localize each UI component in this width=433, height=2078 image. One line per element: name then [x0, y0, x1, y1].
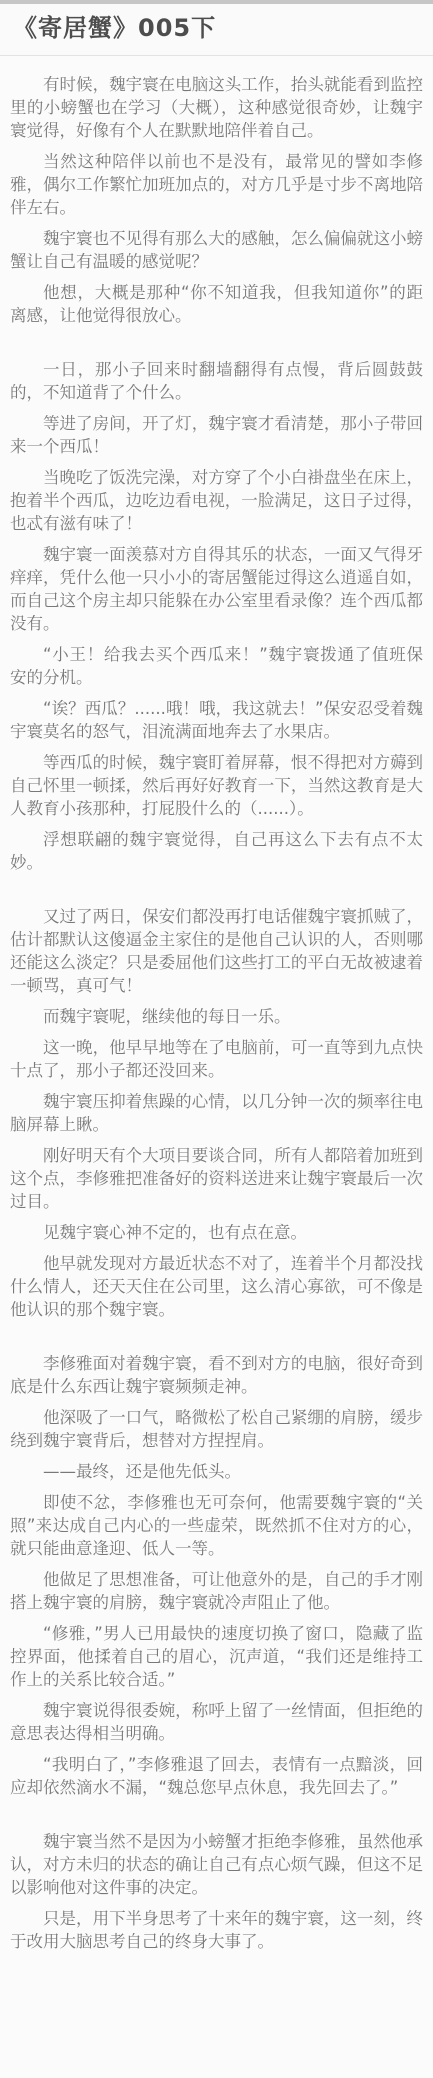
story-paragraph: 而魏宇寰呢，继续他的每日一乐。 — [10, 1005, 423, 1028]
story-paragraph: 刚好明天有个大项目要谈合同，所有人都陪着加班到这个点，李修雅把准备好的资料送进来… — [10, 1144, 423, 1213]
story-paragraph: 魏宇寰说得很委婉，称呼上留了一丝情面，但拒绝的意思表达得相当明确。 — [10, 1699, 423, 1745]
story-paragraph: 魏宇寰当然不是因为小螃蟹才拒绝李修雅，虽然他承认，对方未归的状态的确让自己有点心… — [10, 1830, 423, 1899]
story-paragraph: 见魏宇寰心神不定的，也有点在意。 — [10, 1221, 423, 1244]
story-section: 一日，那小子回来时翻墙翻得有点慢，背后圆鼓鼓的，不知道背了个什么。等进了房间，开… — [10, 358, 423, 874]
story-paragraph: 他做足了思想准备，可让他意外的是，自己的手才刚搭上魏宇寰的肩膀，魏宇寰就冷声阻止… — [10, 1568, 423, 1614]
story-section: 魏宇寰当然不是因为小螃蟹才拒绝李修雅，虽然他承认，对方未归的状态的确让自己有点心… — [10, 1830, 423, 1953]
story-paragraph: 有时候，魏宇寰在电脑这头工作，抬头就能看到监控里的小螃蟹也在学习（大概），这种感… — [10, 73, 423, 142]
story-paragraph: 即使不忿，李修雅也无可奈何，他需要魏宇寰的“关照”来达成自己内心的一些虚荣，既然… — [10, 1491, 423, 1560]
story-paragraph: 他想，大概是那种“你不知道我，但我知道你”的距离感，让他觉得很放心。 — [10, 281, 423, 327]
story-paragraph: ——最终，还是他先低头。 — [10, 1460, 423, 1483]
header: 《寄居蟹》005下 — [0, 4, 433, 56]
chapter-title: 《寄居蟹》005下 — [13, 14, 420, 43]
story-paragraph: 等西瓜的时候，魏宇寰盯着屏幕，恨不得把对方薅到自己怀里一顿揉，然后再好好教育一下… — [10, 751, 423, 820]
story-paragraph: 当然这种陪伴以前也不是没有，最常见的譬如李修雅，偶尔工作繁忙加班加点的，对方几乎… — [10, 150, 423, 219]
story-section: 李修雅面对着魏宇寰，看不到对方的电脑，很好奇到底是什么东西让魏宇寰频频走神。他深… — [10, 1352, 423, 1799]
story-paragraph: 李修雅面对着魏宇寰，看不到对方的电脑，很好奇到底是什么东西让魏宇寰频频走神。 — [10, 1352, 423, 1398]
story-paragraph: 浮想联翩的魏宇寰觉得，自己再这么下去有点不太妙。 — [10, 828, 423, 874]
story-paragraph: 等进了房间，开了灯，魏宇寰才看清楚，那小子带回来一个西瓜！ — [10, 412, 423, 458]
story-paragraph: 当晚吃了饭洗完澡，对方穿了个小白褂盘坐在床上，抱着半个西瓜，边吃边看电视，一脸满… — [10, 466, 423, 535]
story-paragraph: 只是，用下半身思考了十来年的魏宇寰，这一刻，终于改用大脑思考自己的终身大事了。 — [10, 1907, 423, 1953]
story-paragraph: 他早就发现对方最近状态不对了，连着半个月都没找什么情人，还天天住在公司里，这么清… — [10, 1252, 423, 1321]
story-paragraph: 魏宇寰压抑着焦躁的心情，以几分钟一次的频率往电脑屏幕上瞅。 — [10, 1090, 423, 1136]
story-paragraph: “修雅，”男人已用最快的速度切换了窗口，隐藏了监控界面，他揉着自己的眉心，沉声道… — [10, 1622, 423, 1691]
story-paragraph: “我明白了，”李修雅退了回去，表情有一点黯淡，回应却依然滴水不漏，“魏总您早点休… — [10, 1753, 423, 1799]
story-section: 有时候，魏宇寰在电脑这头工作，抬头就能看到监控里的小螃蟹也在学习（大概），这种感… — [10, 73, 423, 327]
story-section: 又过了两日，保安们都没再打电话催魏宇寰抓贼了，估计都默认这傻逼金主家住的是他自己… — [10, 905, 423, 1321]
story-paragraph: 这一晚，他早早地等在了电脑前，可一直等到九点快十点了，那小子都还没回来。 — [10, 1036, 423, 1082]
article-body: 有时候，魏宇寰在电脑这头工作，抬头就能看到监控里的小螃蟹也在学习（大概），这种感… — [0, 56, 433, 2011]
story-paragraph: 魏宇寰也不见得有那么大的感触，怎么偏偏就这小螃蟹让自己有温暖的感觉呢？ — [10, 227, 423, 273]
story-paragraph: 又过了两日，保安们都没再打电话催魏宇寰抓贼了，估计都默认这傻逼金主家住的是他自己… — [10, 905, 423, 997]
story-paragraph: 他深吸了一口气，略微松了松自己紧绷的肩膀，缓步绕到魏宇寰背后，想替对方捏捏肩。 — [10, 1406, 423, 1452]
story-paragraph: 魏宇寰一面羡慕对方自得其乐的状态，一面又气得牙痒痒，凭什么他一只小小的寄居蟹能过… — [10, 543, 423, 635]
story-paragraph: “诶？西瓜？......哦！哦，我这就去！”保安忍受着魏宇寰莫名的怒气，泪流满面… — [10, 697, 423, 743]
story-paragraph: 一日，那小子回来时翻墙翻得有点慢，背后圆鼓鼓的，不知道背了个什么。 — [10, 358, 423, 404]
story-paragraph: “小王！给我去买个西瓜来！”魏宇寰拨通了值班保安的分机。 — [10, 643, 423, 689]
